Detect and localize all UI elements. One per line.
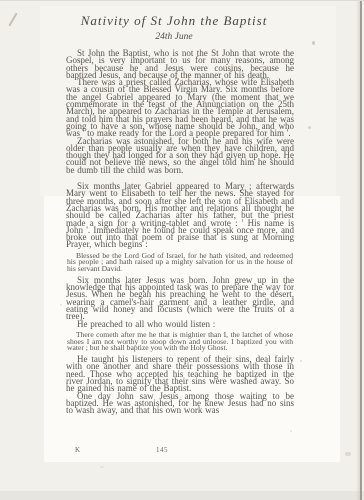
- speck: [300, 360, 302, 362]
- page-edge-line: [360, 0, 362, 500]
- paragraph-zacharias-dumb: Zacharias was astonished, for both he an…: [66, 138, 294, 174]
- page-title: Nativity of St John the Baptist: [60, 14, 288, 28]
- scanned-book-page: Nativity of St John the Baptist 24th Jun…: [0, 0, 364, 500]
- paragraph-intro: St John the Baptist, who is not the St J…: [66, 50, 294, 79]
- date-heading: 24th June: [60, 32, 288, 42]
- speck: [290, 430, 292, 432]
- text-column: Nativity of St John the Baptist 24th Jun…: [66, 14, 294, 414]
- paragraph-john-grows-up: Six months later Jesus was born. John gr…: [66, 277, 294, 321]
- paragraph-jesus-baptism: One day John saw Jesus among those waiti…: [66, 393, 294, 415]
- paragraph-birth-of-john: Six months later Gabriel appeared to Mar…: [66, 183, 294, 249]
- paragraph-zacharias-vision: There was a priest called Zacharias, who…: [66, 79, 294, 137]
- speck: [308, 126, 311, 129]
- page-footer: K 145: [66, 446, 294, 456]
- paragraph-he-preached: He preached to all who would listen :: [66, 321, 294, 328]
- paragraph-baptizing-jordan: He taught his listeners to repent of the…: [66, 356, 294, 392]
- block-quote-there-cometh: There cometh after me he that is mightie…: [66, 332, 294, 352]
- speck: [100, 466, 104, 468]
- scan-edge-band-bottom: [0, 491, 364, 500]
- page-number: 145: [156, 446, 168, 454]
- block-quote-benedictus: Blessed be the Lord God of Israel, for h…: [66, 253, 294, 273]
- pencil-corner-mark: [8, 13, 17, 27]
- speck: [345, 452, 351, 456]
- signature-mark: K: [75, 446, 80, 454]
- page-edge-top: [0, 0, 364, 1]
- speck: [60, 304, 62, 306]
- speck: [312, 41, 315, 45]
